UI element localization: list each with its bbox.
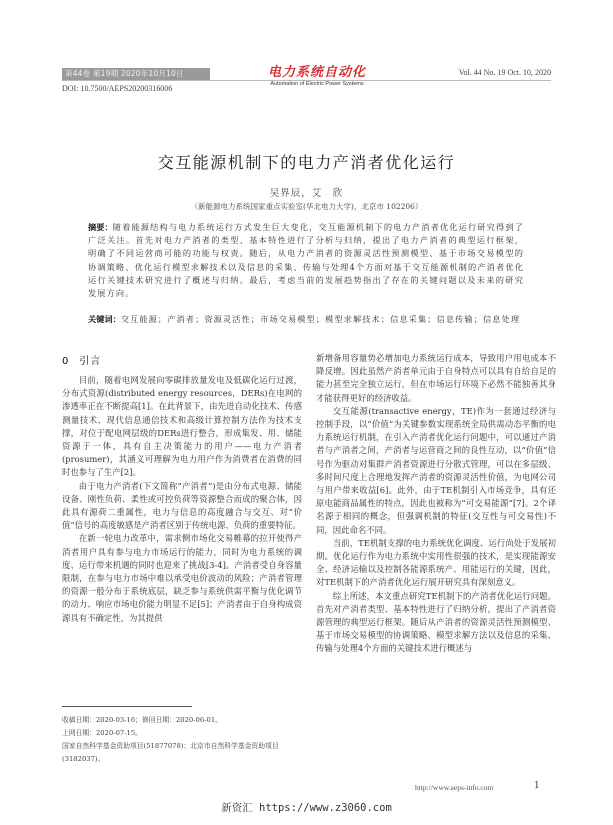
affiliation: （新能源电力系统国家重点实验室(华北电力大学)，北京市 102206） [0,201,613,212]
abstract: 摘要：随着能源结构与电力系统运行方式发生巨大变化，交互能源机制下的电力产消者优化… [88,221,524,300]
keywords-label: 关键词： [88,314,121,324]
keywords-text: 交互能源；产消者；资源灵活性；市场交易模型；模型求解技术；信息采集；信息传输；信… [121,314,520,324]
journal-name-cn: 电力系统自动化 [262,66,372,80]
body-paragraph: 由于电力产消者(下文简称“产消者”)是由分布式电源、储能设备、刚性负荷、柔性或可… [62,480,302,533]
footnote-line: 收稿日期：2020-03-16；修回日期：2020-06-01。 [62,714,302,727]
body-paragraph: 综上所述，本文重点研究TE机制下的产消者优化运行问题。首先对产消者类型、基本特性… [316,590,556,656]
journal-name-en: Automation of Electric Power Systems [262,80,372,88]
doi-label: DOI: 10.7500/AEPS20200316006 [62,84,172,93]
body-paragraph: 交互能源(transactive energy，TE)作为一套通过经济与控制手段… [316,405,556,537]
watermark: 新资汇 https://www.z3060.com [0,800,613,815]
right-column: 新增备用容量势必增加电力系统运行成本，导致用户用电成本不降反增。因此虽然产消者单… [316,352,556,656]
body-paragraph: 当前，TE机制支撑的电力系统优化调度、运行尚处于发展初期。优化运行作为电力系统中… [316,537,556,590]
abstract-text: 随着能源结构与电力系统运行方式发生巨大变化，交互能源机制下的电力产消者优化运行研… [88,222,524,298]
journal-logo: 电力系统自动化 Automation of Electric Power Sys… [262,66,372,88]
abstract-label: 摘要： [88,222,113,232]
left-column: 目前，随着电网发展向零碳排放量发电及低碳化运行过渡，分布式资源(distribu… [62,374,302,625]
footnote-line: 国家自然科学基金资助项目(51877078)；北京市自然科学基金资助项目(318… [62,740,302,766]
section-heading: 0引言 [62,352,111,367]
body-paragraph: 在新一轮电力改革中，需求侧市场化交易帷幕的拉开使得产消者用户具有参与电力市场运行… [62,532,302,624]
footnote-rule [62,706,192,707]
authors: 吴界辰，艾 欣 [0,185,613,199]
body-paragraph: 新增备用容量势必增加电力系统运行成本，导致用户用电成本不降反增。因此虽然产消者单… [316,352,556,405]
section-title: 引言 [79,356,101,367]
body-paragraph: 目前，随着电网发展向零碳排放量发电及低碳化运行过渡，分布式资源(distribu… [62,374,302,480]
journal-url[interactable]: http://www.aeps-info.com [415,783,493,792]
footnote-line: 上网日期：2020-07-15。 [62,727,302,740]
keywords: 关键词：交互能源；产消者；资源灵活性；市场交易模型；模型求解技术；信息采集；信息… [88,313,524,326]
paper-page: 第44卷 第19期 2020年10月10日 DOI: 10.7500/AEPS2… [0,0,613,825]
page-number: 1 [534,781,540,791]
issue-badge: 第44卷 第19期 2020年10月10日 [62,68,210,80]
footnotes: 收稿日期：2020-03-16；修回日期：2020-06-01。 上网日期：20… [62,714,302,766]
section-number: 0 [62,356,69,367]
paper-title: 交互能源机制下的电力产消者优化运行 [0,150,613,173]
volume-label: Vol. 44 No. 19 Oct. 10, 2020 [459,68,551,77]
